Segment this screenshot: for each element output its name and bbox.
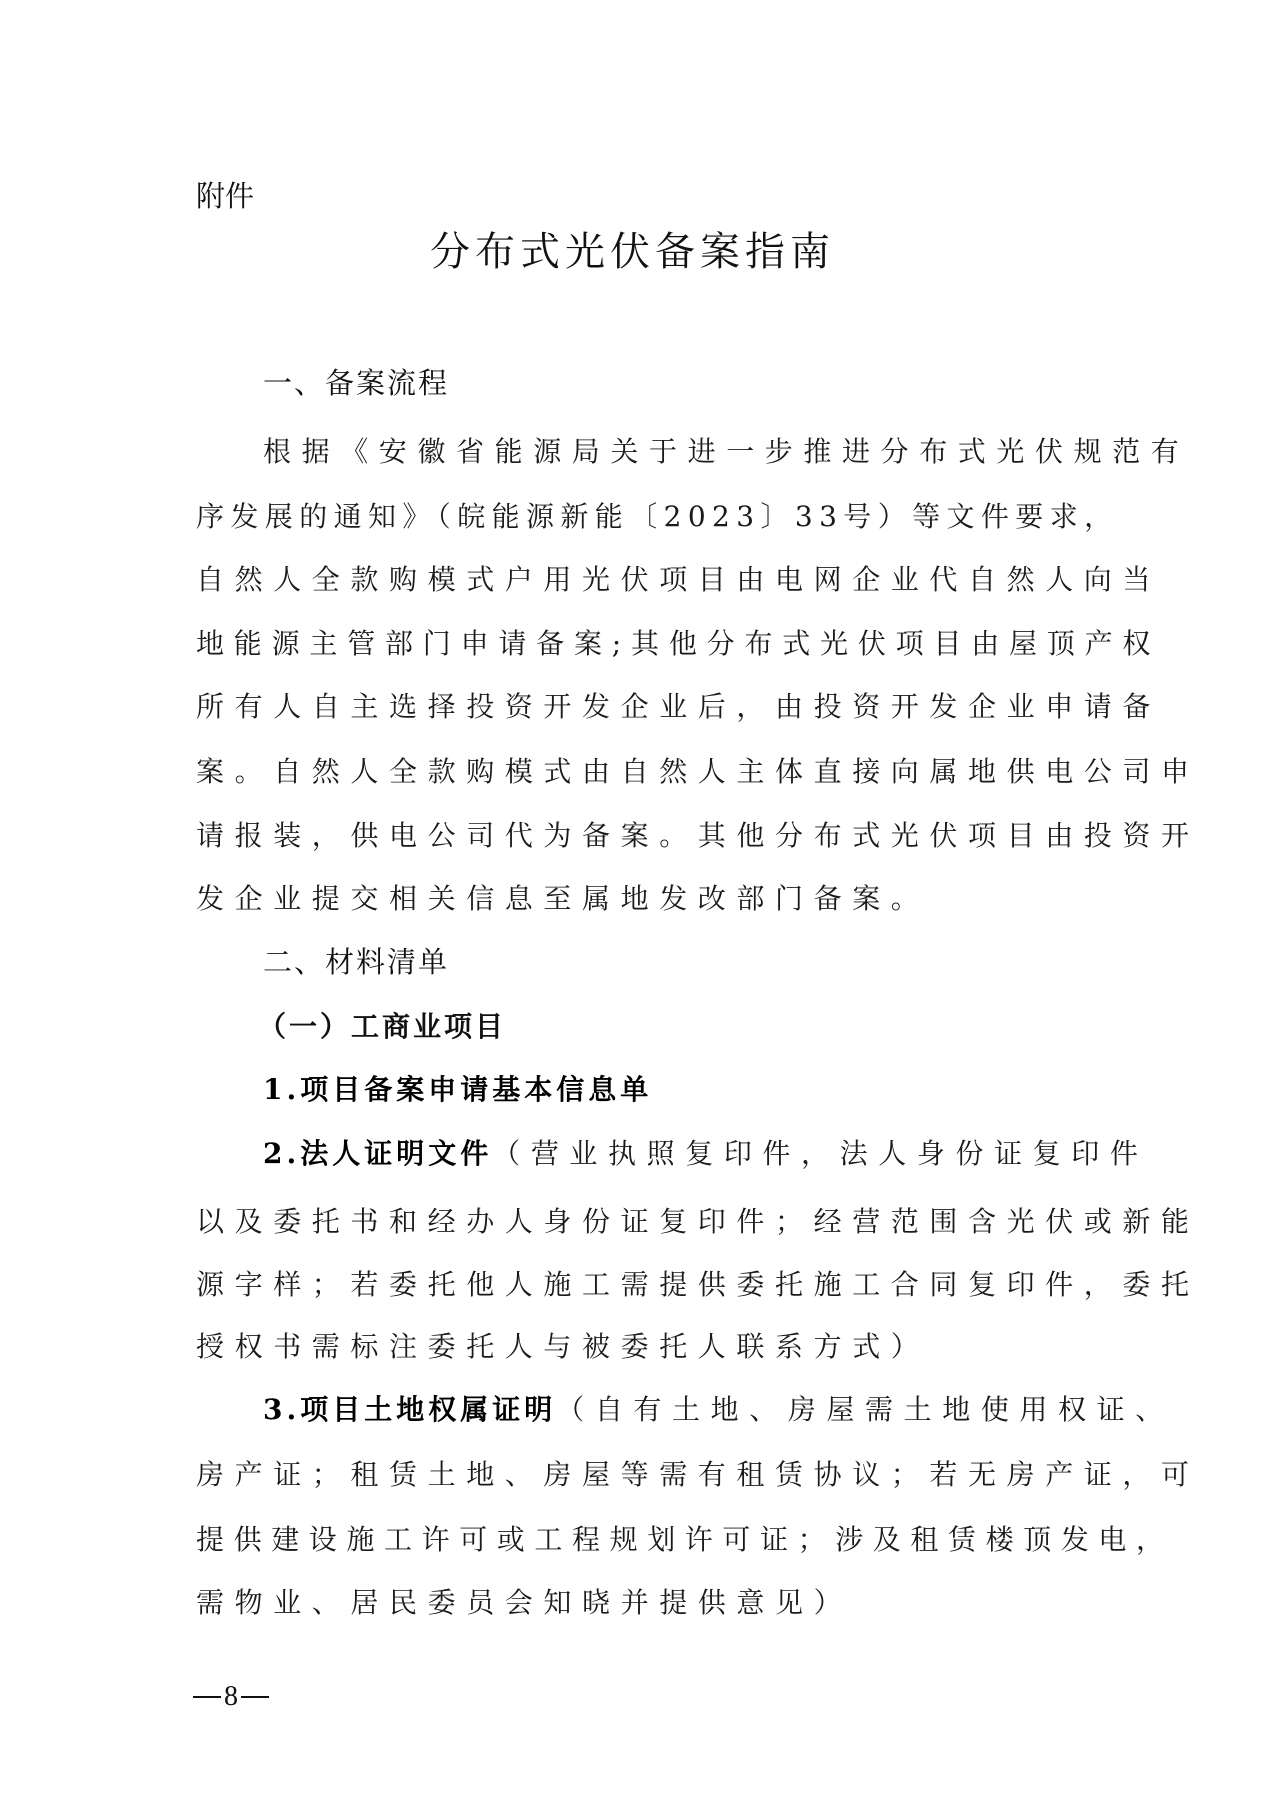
item-3-title: 3.项目土地权属证明 xyxy=(263,1393,556,1426)
paragraph-line: 请报装，供电公司代为备案。其他分布式光伏项目由投资开 xyxy=(196,816,1200,856)
paragraph-line: 地能源主管部门申请备案;其他分布式光伏项目由屋顶产权 xyxy=(196,624,1160,664)
item-3-first-line: 3.项目土地权属证明（自有土地、房屋需土地使用权证、 xyxy=(263,1390,1174,1430)
document-title: 分布式光伏备案指南 xyxy=(430,228,835,276)
item-3-text: （自有土地、房屋需土地使用权证、 xyxy=(556,1393,1174,1426)
item-3-line: 需物业、居民委员会知晓并提供意见） xyxy=(196,1583,852,1623)
section-heading-filing-process: 一、备案流程 xyxy=(263,363,449,403)
dash-left xyxy=(193,1696,221,1698)
paragraph-line: 序发展的通知》（皖能源新能〔2023〕33号）等文件要求， xyxy=(196,497,1119,537)
page-number: 8 xyxy=(193,1680,269,1714)
dash-right xyxy=(241,1696,269,1698)
item-1-title: 1.项目备案申请基本信息单 xyxy=(263,1070,652,1110)
section-heading-materials-list: 二、材料清单 xyxy=(263,942,449,982)
subsection-heading-commercial: （一）工商业项目 xyxy=(258,1007,506,1047)
paragraph-line: 案。自然人全款购模式由自然人主体直接向属地供电公司申 xyxy=(196,752,1200,792)
paragraph-line: 所有人自主选择投资开发企业后，由投资开发企业申请备 xyxy=(196,687,1161,727)
item-3-line: 房产证；租赁土地、房屋等需有租赁协议；若无房产证，可 xyxy=(196,1455,1200,1495)
attachment-label: 附件 xyxy=(196,178,254,214)
item-2-line: 授权书需标注委托人与被委托人联系方式） xyxy=(196,1327,929,1367)
paragraph-line: 根据《安徽省能源局关于进一步推进分布式光伏规范有 xyxy=(263,432,1189,472)
item-2-line: 以及委托书和经办人身份证复印件；经营范围含光伏或新能 xyxy=(196,1202,1200,1242)
item-2-line: 源字样；若委托他人施工需提供委托施工合同复印件，委托 xyxy=(196,1265,1200,1305)
item-2-text: （营业执照复印件，法人身份证复印件 xyxy=(492,1137,1148,1170)
item-2-title: 2.法人证明文件 xyxy=(263,1137,492,1170)
item-3-line: 提供建设施工许可或工程规划许可证；涉及租赁楼顶发电， xyxy=(196,1520,1174,1560)
item-2-first-line: 2.法人证明文件（营业执照复印件，法人身份证复印件 xyxy=(263,1134,1148,1174)
paragraph-line: 自然人全款购模式户用光伏项目由电网企业代自然人向当 xyxy=(196,560,1161,600)
paragraph-line: 发企业提交相关信息至属地发改部门备案。 xyxy=(196,879,929,919)
page-number-value: 8 xyxy=(221,1680,241,1714)
